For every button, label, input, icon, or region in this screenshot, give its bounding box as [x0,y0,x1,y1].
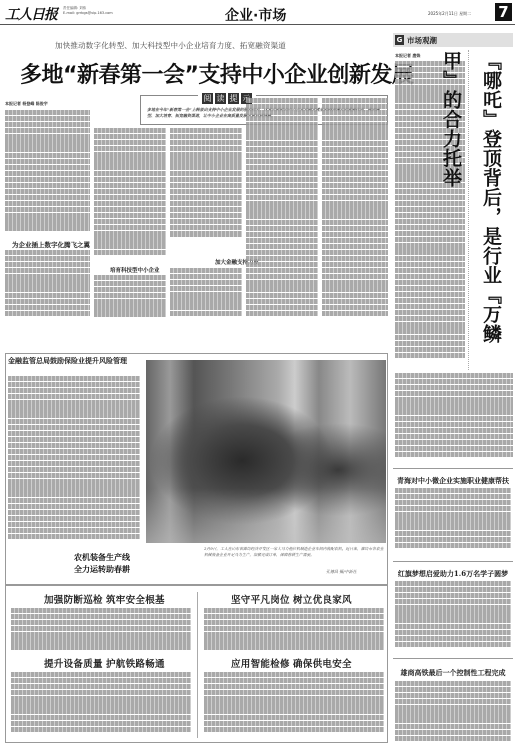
brief-divider [393,468,513,469]
main-headline[interactable]: 多地“新春第一会”支持中小企业创新发展 [20,58,413,89]
vertical-headline[interactable]: 『哪吒』登顶背后，是行业『万鳞甲』的合力托举 [471,51,511,366]
column-body-lower [395,373,513,463]
masthead: 工人日报 责任编辑: 刘伟 E-mail: grrbgs@vip.163.com… [0,0,515,25]
bottom-headline-1b[interactable]: 筑牢安全根基 [106,592,165,606]
editor-contact: 责任编辑: 刘伟 E-mail: grrbgs@vip.163.com [63,6,113,15]
bottom-headline-2b[interactable]: 护航铁路畅通 [106,656,165,670]
article-body-col1b [5,250,90,320]
bottom-headline-2a[interactable]: 提升设备质量 [44,656,103,670]
photo-feature-box: 金融监管总局鼓励保险业提升风险管理 农机装备生产线 全力运转助春耕 2月9日，工… [5,353,388,585]
newspaper-logo: 工人日报 [5,4,57,24]
right-column: G 市场观潮 本报记者 唐姝 『哪吒』登顶背后，是行业『万鳞甲』的合力托举 青海… [393,33,513,748]
article-body-col3 [170,128,242,246]
bottom-features-box: 加强防断巡检 筑牢安全根基 提升设备质量 护航铁路畅通 坚守平凡岗位 树立优良家… [5,585,388,743]
bottom-headline-3b[interactable]: 树立优良家风 [293,592,352,606]
subhead-digital: 为企业插上数字化腾飞之翼 [12,240,90,249]
article-body-col4 [246,98,318,320]
brief-body-2 [395,581,511,653]
article-body-col1a [5,110,90,238]
tractor-assembly-photo[interactable] [146,360,386,543]
column-title: 市场观潮 [407,35,437,46]
photo-title: 农机装备生产线 全力运转助春耕 [70,552,130,576]
column-divider [197,592,198,738]
article-body-col5 [322,98,388,320]
side-story-headline[interactable]: 金融监管总局鼓励保险业提升风险管理 [8,356,151,373]
bottom-headline-4a[interactable]: 应用智能检修 [231,656,290,670]
subhead-tech: 培育科技型中小企业 [110,266,160,274]
column-logo-icon: G [395,35,404,45]
main-byline: 本报记者 杨登峰 陈俊宇 [5,101,48,107]
brief-body-1 [395,488,511,550]
photo-caption: 2月9日，工人在山东省潍坊经济开发区一家大马力拖拉机制造企业车间内装配农机。近日… [204,546,384,557]
article-body-col3b [170,268,242,320]
main-subheadline: 加快推动数字化转型、加大科技型中小企业培育力度、拓宽融资渠道 [55,40,286,51]
section-title: 企业·市场 [225,5,286,25]
bottom-headline-3a[interactable]: 坚守平凡岗位 [231,592,290,606]
brief-headline-2[interactable]: 红旗梦想启爱助力1.6万名学子圆梦 [393,569,513,579]
bottom-body-1 [11,608,191,656]
side-story-body [8,376,140,546]
issue-date: 2025年2月11日 星期二 [428,11,471,17]
article-body-col2 [94,128,166,266]
photo-credit: 孔德昌 摄/中新社 [326,569,357,575]
bottom-headline-4b[interactable]: 确保供电安全 [293,656,352,670]
bottom-body-4 [204,672,384,738]
bottom-headline-1a[interactable]: 加强防断巡检 [44,592,103,606]
page-number: 7 [495,3,512,21]
brief-headline-3[interactable]: 雄商高铁最后一个控制性工程完成 [393,668,513,678]
column-byline: 本报记者 唐姝 [395,53,420,59]
article-body-col2b [94,275,166,320]
column-header: G 市场观潮 [393,33,513,47]
brief-headline-1[interactable]: 青海对中小微企业实施职业健康帮扶 [393,476,513,486]
brief-divider [393,561,513,562]
bottom-body-2 [11,672,191,738]
bottom-body-3 [204,608,384,656]
brief-divider [393,658,513,659]
brief-body-3 [395,681,511,745]
